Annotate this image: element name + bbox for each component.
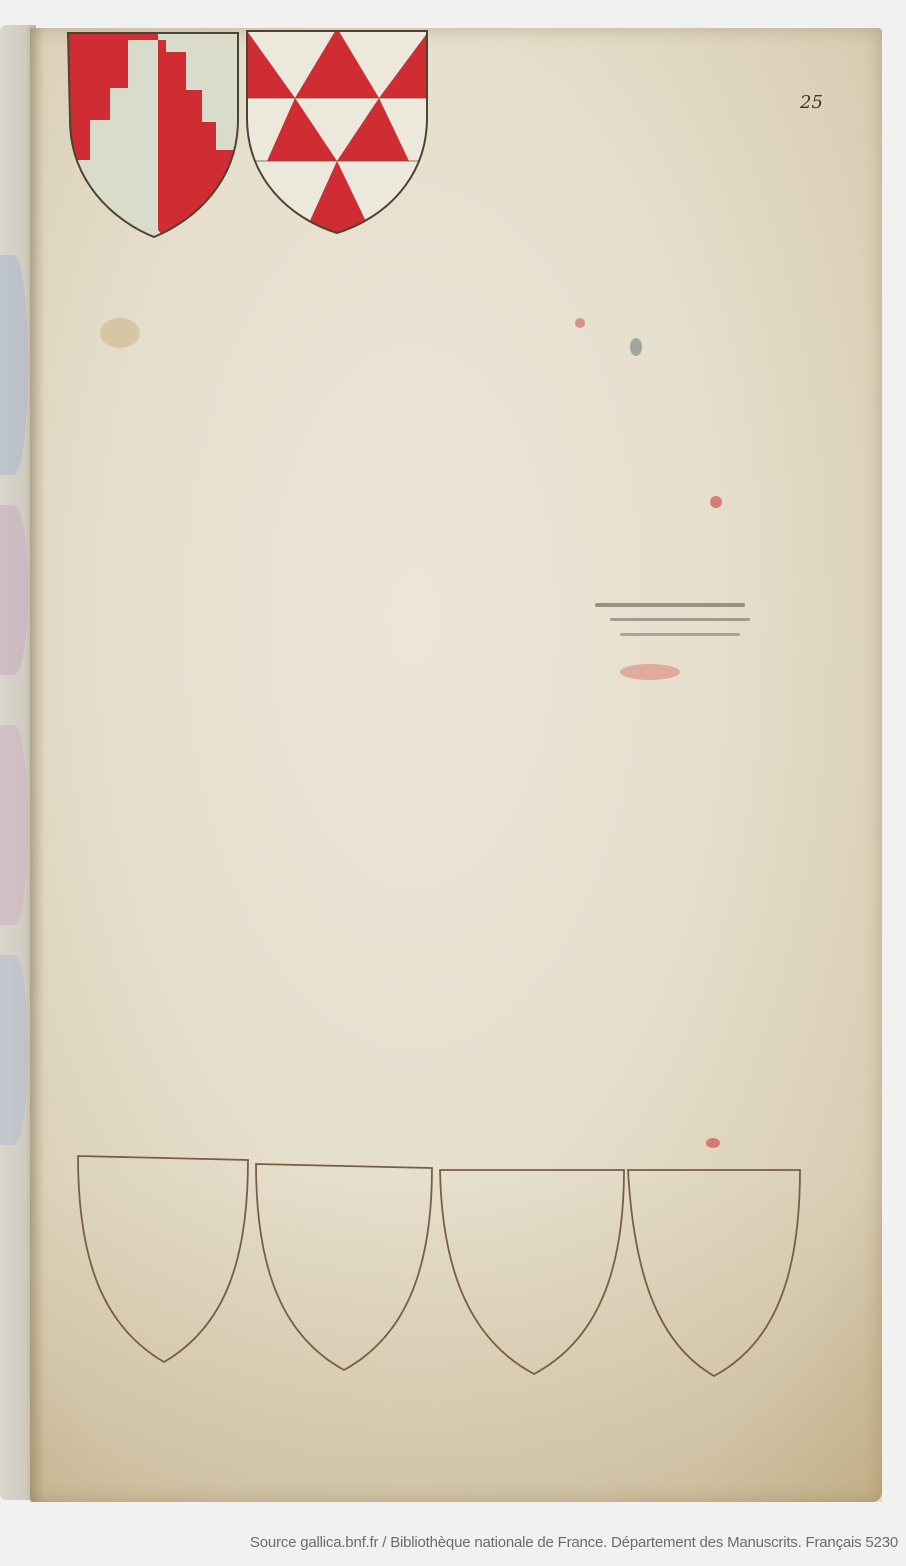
prev-page-blue-shield (0, 255, 28, 475)
red-stain (706, 1138, 720, 1148)
red-stain (575, 318, 585, 328)
red-stain (710, 496, 722, 508)
red-stain (620, 664, 680, 680)
coat-of-arms-shield-2 (245, 28, 431, 236)
empty-shield-outline-2 (256, 1164, 432, 1370)
manuscript-viewer: 25 (0, 0, 906, 1520)
empty-shield-outline-1 (78, 1156, 248, 1362)
empty-shield-outline-4 (628, 1170, 800, 1376)
prev-page-pink-shield (0, 725, 28, 925)
coat-of-arms-shield-1 (66, 30, 242, 240)
folio-number: 25 (800, 92, 823, 113)
ink-smudge (620, 633, 740, 636)
stain (100, 318, 140, 348)
ink-stain (630, 338, 642, 356)
ink-smudge (595, 603, 745, 607)
empty-shield-row (74, 1152, 806, 1380)
prev-page-pink-ornament (0, 505, 28, 675)
source-caption: Source gallica.bnf.fr / Bibliothèque nat… (0, 1534, 906, 1551)
prev-page-blue-shield-2 (0, 955, 28, 1145)
empty-shield-outline-3 (440, 1170, 624, 1374)
ink-smudge (610, 618, 750, 621)
